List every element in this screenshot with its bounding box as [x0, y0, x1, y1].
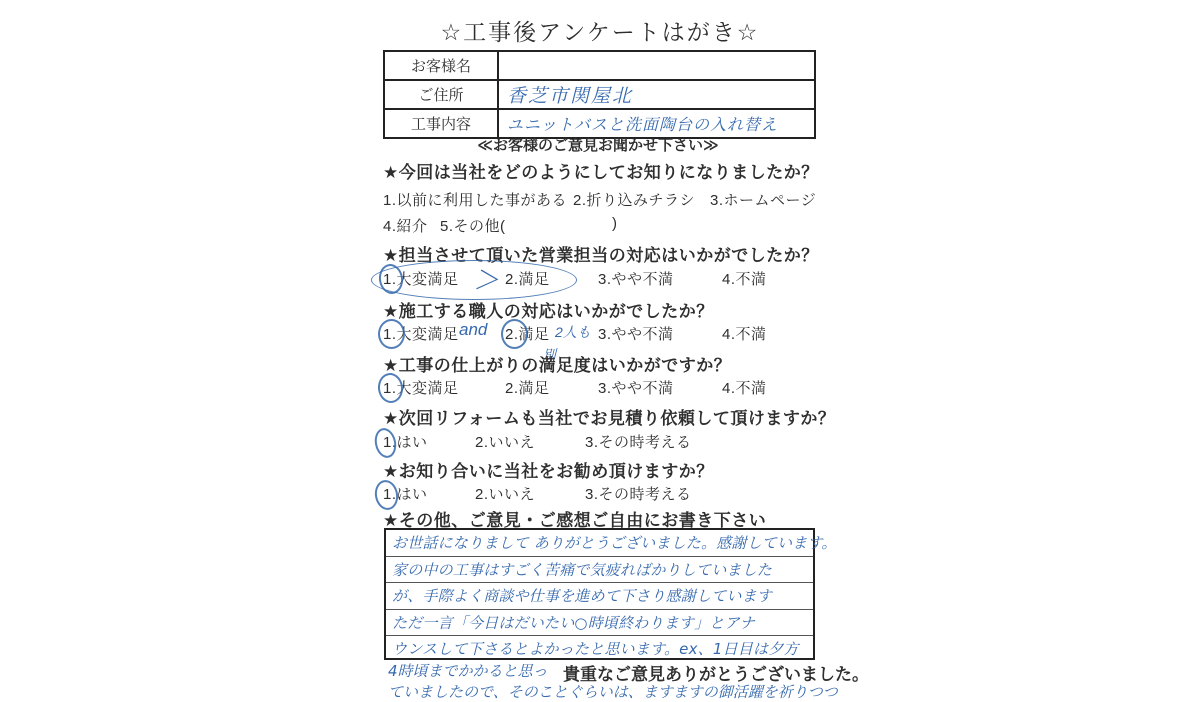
question-next-estimate-options: 1.はい 2.いいえ 3.その時考える	[383, 431, 823, 455]
table-row-work-description: 工事内容 ユニットバスと洗面陶台の入れ替え	[385, 110, 814, 137]
question-recommend-options: 1.はい 2.いいえ 3.その時考える	[383, 483, 823, 507]
comment-line: ウンスして下さるとよかったと思います。ex、1日目は夕方	[386, 636, 813, 662]
comment-line: お世話になりまして ありがとうございました。感謝しています。	[386, 530, 813, 557]
comment-line: が、手際よく商談や仕事を進めて下さり感謝しています	[386, 583, 813, 610]
customer-name-value	[499, 52, 814, 79]
question-finish-options: 1.大変満足 2.満足 3.やや不満 4.不満	[383, 377, 823, 401]
survey-postcard-scan: ☆工事後アンケートはがき☆ お客様名 ご住所 香芝市関屋北 工事内容 ユニットバ…	[0, 0, 1200, 702]
customer-info-table: お客様名 ご住所 香芝市関屋北 工事内容 ユニットバスと洗面陶台の入れ替え	[383, 50, 816, 139]
question-how-found-title: ★今回は当社をどのようにしてお知りになりましたか？	[383, 158, 819, 183]
option-no: 2.いいえ	[475, 483, 535, 504]
table-row-customer-name: お客様名	[385, 52, 814, 81]
option-dissatisfied: 4.不満	[722, 377, 767, 398]
page-title: ☆工事後アンケートはがき☆	[0, 14, 1200, 47]
question-recommend-title: ★お知り合いに当社をお勧め頂けますか？	[383, 457, 714, 482]
option-referral: 4.紹介	[383, 215, 428, 236]
comment-line: ただ一言「今日はだいたい○時頃終わります」とアナ	[386, 610, 813, 637]
option-somewhat-dissatisfied: 3.やや不満	[598, 323, 674, 344]
address-value: 香芝市関屋北	[499, 81, 814, 108]
handwritten-greater-than-mark: ＞	[473, 260, 499, 297]
option-somewhat-dissatisfied: 3.やや不満	[598, 377, 674, 398]
handwritten-both-note: 2人も	[555, 322, 591, 342]
comment-line: 家の中の工事はすごく苦痛で気疲ればかりしていました	[386, 557, 813, 584]
option-other-close: )	[612, 215, 618, 232]
handwritten-circle-option2-icon	[501, 319, 528, 349]
option-homepage: 3.ホームページ	[710, 189, 816, 210]
handwritten-and-note: and	[459, 320, 487, 340]
question-finish-title: ★工事の仕上がりの満足度はいかがですか？	[383, 351, 731, 376]
option-somewhat-dissatisfied: 3.やや不満	[598, 268, 674, 289]
customer-name-label: お客様名	[385, 52, 499, 79]
section-subheader: ≪お客様のご意見お聞かせ下さい≫	[383, 134, 813, 155]
address-label: ご住所	[385, 81, 499, 108]
question-next-estimate-title: ★次回リフォームも当社でお見積り依頼して頂けますか？	[383, 404, 835, 429]
option-satisfied: 2.満足	[505, 377, 550, 398]
option-dissatisfied: 4.不満	[722, 323, 767, 344]
option-flyer: 2.折り込みチラシ	[573, 189, 695, 210]
comments-box: お世話になりまして ありがとうございました。感謝しています。 家の中の工事はすご…	[384, 528, 815, 660]
comment-overflow-line1: 4時頃までかかると思っ	[388, 660, 548, 681]
option-think-later: 3.その時考える	[585, 483, 692, 504]
comment-overflow-line2: ていましたので、そのことぐらいは、ますますの御活躍を祈りつつ	[388, 681, 838, 702]
handwritten-circle-option1-icon	[378, 319, 405, 349]
question-how-found-options-row2: 4.紹介 5.その他( )	[383, 215, 823, 239]
option-no: 2.いいえ	[475, 431, 535, 452]
question-how-found-options-row1: 1.以前に利用した事がある 2.折り込みチラシ 3.ホームページ	[383, 189, 823, 213]
option-used-before: 1.以前に利用した事がある	[383, 189, 567, 210]
question-craftsmen-title: ★施工する職人の対応はいかがでしたか？	[383, 297, 714, 322]
question-craftsmen-options: 1.大変満足 2.満足 3.やや不満 4.不満 and 2人も 別	[383, 323, 823, 347]
option-other-open: 5.その他(	[440, 215, 506, 236]
option-think-later: 3.その時考える	[585, 431, 692, 452]
work-description-value: ユニットバスと洗面陶台の入れ替え	[499, 110, 814, 137]
table-row-address: ご住所 香芝市関屋北	[385, 81, 814, 110]
option-dissatisfied: 4.不満	[722, 268, 767, 289]
work-description-label: 工事内容	[385, 110, 499, 137]
question-sales-rep-options: 1.大変満足 2.満足 3.やや不満 4.不満 ＞	[383, 268, 823, 292]
